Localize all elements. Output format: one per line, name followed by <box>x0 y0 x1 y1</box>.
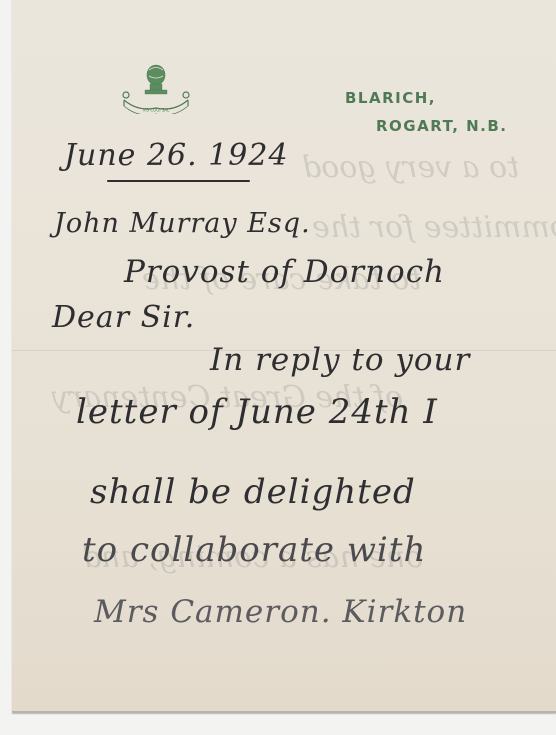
letterhead-address-line2: ROGART, N.B. <box>376 117 508 135</box>
crest-motto: VIS COGI SAL <box>143 108 171 113</box>
letter-date: June 26. 1924 <box>64 138 289 173</box>
body-line: In reply to your <box>210 342 470 378</box>
recipient-name: John Murray Esq. <box>54 208 311 239</box>
letterhead-address-line1: BLARICH, <box>345 89 436 107</box>
recipient-title: Provost of Dornoch <box>124 254 445 290</box>
letter-paper: to a very good Committee for the to take… <box>12 0 556 713</box>
body-line: to collaborate with <box>82 530 426 570</box>
bleed-through-text: Committee for the <box>312 210 556 245</box>
salutation: Dear Sir. <box>52 300 195 335</box>
body-line: Mrs Cameron. Kirkton <box>94 594 467 630</box>
bleed-through-text: to a very good <box>302 150 519 185</box>
crest-icon: VIS COGI SAL <box>118 62 194 114</box>
scanned-letter: to a very good Committee for the to take… <box>0 0 556 735</box>
body-line: shall be delighted <box>90 472 416 512</box>
date-underline <box>107 180 250 182</box>
body-line: letter of June 24th I <box>76 392 438 432</box>
